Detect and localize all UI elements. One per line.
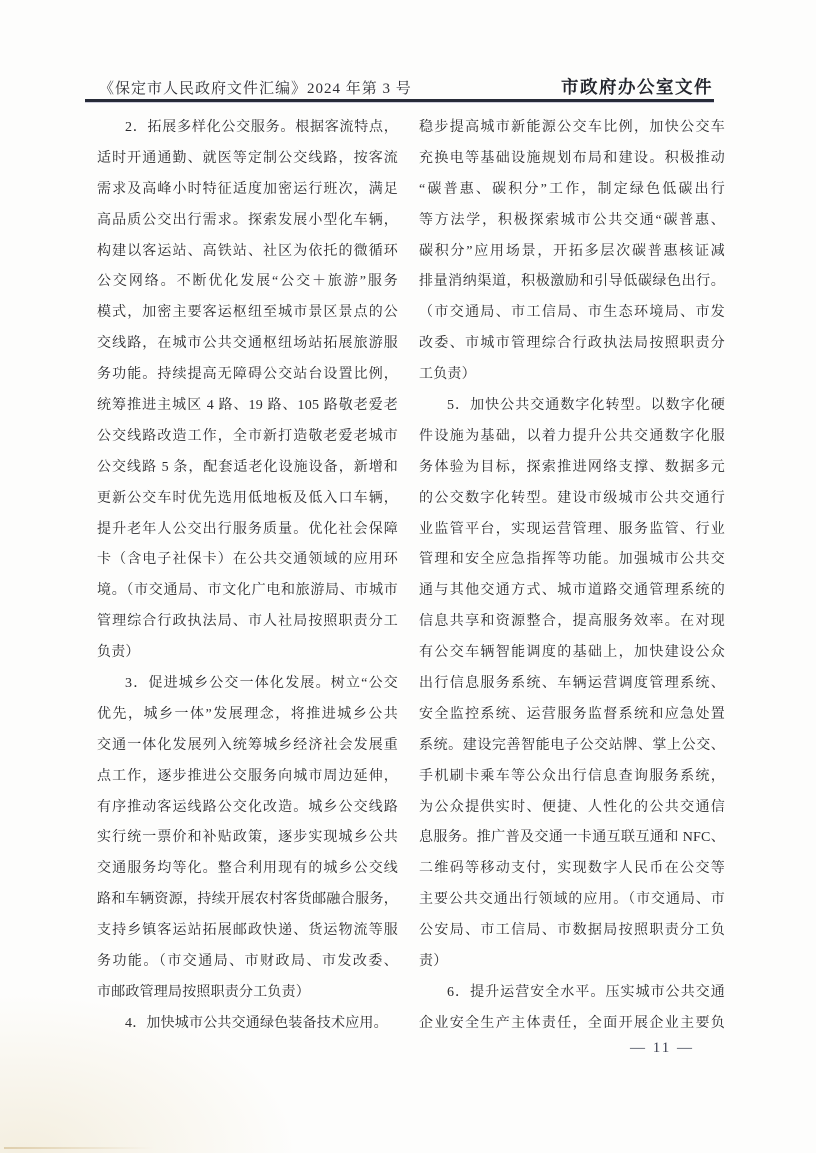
body-text-line: 充换电等基础设施规划布局和建设。积极推动 (419, 144, 725, 175)
document-page: 《保定市人民政府文件汇编》2024 年第 3 号 市政府办公室文件 2．拓展多样… (0, 0, 816, 1153)
body-text-line: 等方法学，积极探索城市公共交通“碳普惠、 (419, 206, 725, 237)
body-text-line: 优先，城乡一体”发展理念，将推进城乡公共 (97, 700, 398, 731)
body-text-line: “碳普惠、碳积分”工作，制定绿色低碳出行 (419, 175, 725, 206)
body-text-line: 业监管平台，实现运营管理、服务监管、行业 (419, 515, 725, 546)
body-text-line: 工负责） (419, 360, 725, 391)
body-text-line: 为公众提供实时、便捷、人性化的公共交通信 (419, 793, 725, 824)
body-text-line: 4．加快城市公共交通绿色装备技术应用。 (97, 1009, 398, 1040)
body-text-line: 通与其他交通方式、城市道路交通管理系统的 (419, 576, 725, 607)
body-text-line: 企业安全生产主体责任，全面开展企业主要负 (419, 1009, 725, 1040)
body-text-line: 公交线路 5 条，配套适老化设施设备，新增和 (97, 453, 398, 484)
body-text-line: 适时开通通勤、就医等定制公交线路，按客流 (97, 144, 398, 175)
body-text-line: 出行信息服务系统、车辆运营调度管理系统、 (419, 669, 725, 700)
body-text-line: 稳步提高城市新能源公交车比例，加快公交车 (419, 113, 725, 144)
left-text-column: 2．拓展多样化公交服务。根据客流特点，适时开通通勤、就医等定制公交线路，按客流需… (97, 113, 398, 1040)
body-text-line: 有公交车辆智能调度的基础上，加快建设公众 (419, 638, 725, 669)
body-text-line: 件设施为基础，以着力提升公共交通数字化服 (419, 422, 725, 453)
body-text-line: 交通一体化发展列入统筹城乡经济社会发展重 (97, 731, 398, 762)
body-text-line: 主要公共交通出行领域的应用。（市交通局、市 (419, 885, 725, 916)
body-text-line: 更新公交车时优先选用低地板及低入口车辆， (97, 484, 398, 515)
body-text-line: 构建以客运站、高铁站、社区为依托的微循环 (97, 237, 398, 268)
body-text-line: 二维码等移动支付，实现数字人民币在公交等 (419, 854, 725, 885)
header-office-document-label: 市政府办公室文件 (561, 74, 713, 99)
body-text-line: 实行统一票价和补贴政策，逐步实现城乡公共 (97, 823, 398, 854)
body-text-line: 卡（含电子社保卡）在公共交通领域的应用环 (97, 545, 398, 576)
body-text-line: 管理综合行政执法局、市人社局按照职责分工 (97, 607, 398, 638)
body-text-line: 务功能。（市交通局、市财政局、市发改委、 (97, 947, 398, 978)
body-text-line: 碳积分”应用场景，开拓多层次碳普惠核证减 (419, 237, 725, 268)
body-text-line: 路和车辆资源，持续开展农村客货邮融合服务， (97, 885, 398, 916)
body-text-line: 提升老年人公交出行服务质量。优化社会保障 (97, 515, 398, 546)
header-rule (85, 99, 714, 102)
right-text-column: 稳步提高城市新能源公交车比例，加快公交车充换电等基础设施规划布局和建设。积极推动… (419, 113, 725, 1040)
body-text-line: 支持乡镇客运站拓展邮政快递、货运物流等服 (97, 916, 398, 947)
body-text-line: 务体验为目标，探索推进网络支撑、数据多元 (419, 453, 725, 484)
body-text-line: 安全监控系统、运营服务监督系统和应急处置 (419, 700, 725, 731)
body-text-line: 点工作，逐步推进公交服务向城市周边延伸， (97, 762, 398, 793)
body-text-line: 5．加快公共交通数字化转型。以数字化硬 (419, 391, 725, 422)
body-text-line: 交通服务均等化。整合利用现有的城乡公交线 (97, 854, 398, 885)
body-text-line: 改委、市城市管理综合行政执法局按照职责分 (419, 329, 725, 360)
body-text-line: 市邮政管理局按照职责分工负责） (97, 978, 398, 1009)
body-text-line: 3．促进城乡公交一体化发展。树立“公交 (97, 669, 398, 700)
body-text-line: 手机刷卡乘车等公众出行信息查询服务系统， (419, 762, 725, 793)
body-text-line: 管理和安全应急指挥等功能。加强城市公共交 (419, 545, 725, 576)
body-text-line: 境。（市交通局、市文化广电和旅游局、市城市 (97, 576, 398, 607)
body-text-line: 的公交数字化转型。建设市级城市公共交通行 (419, 484, 725, 515)
body-text-line: 务功能。持续提高无障碍公交站台设置比例， (97, 360, 398, 391)
body-text-line: 系统。建设完善智能电子公交站牌、掌上公交、 (419, 731, 725, 762)
body-text-line: 公安局、市工信局、市数据局按照职责分工负 (419, 916, 725, 947)
body-text-line: 责） (419, 947, 725, 978)
body-text-line: 需求及高峰小时特征适度加密运行班次，满足 (97, 175, 398, 206)
body-text-line: 高品质公交出行需求。探索发展小型化车辆， (97, 206, 398, 237)
body-text-line: 排量消纳渠道，积极激励和引导低碳绿色出行。 (419, 267, 725, 298)
body-text-line: 息服务。推广普及交通一卡通互联互通和 NFC、 (419, 823, 725, 854)
header-compilation-title: 《保定市人民政府文件汇编》2024 年第 3 号 (99, 77, 412, 98)
body-text-line: 模式，加密主要客运枢纽至城市景区景点的公 (97, 298, 398, 329)
scan-edge-artifact (4, 1147, 154, 1149)
body-text-line: 公交线路改造工作，全市新打造敬老爱老城市 (97, 422, 398, 453)
body-text-line: 信息共享和资源整合，提高服务效率。在对现 (419, 607, 725, 638)
body-text-line: 有序推动客运线路公交化改造。城乡公交线路 (97, 793, 398, 824)
body-text-line: 统筹推进主城区 4 路、19 路、105 路敬老爱老 (97, 391, 398, 422)
body-text-line: 负责） (97, 638, 398, 669)
body-text-line: 2．拓展多样化公交服务。根据客流特点， (97, 113, 398, 144)
body-text-line: 交线路，在城市公共交通枢纽场站拓展旅游服 (97, 329, 398, 360)
page-number: — 11 — (630, 1040, 694, 1057)
body-text-line: （市交通局、市工信局、市生态环境局、市发 (419, 298, 725, 329)
body-text-line: 6．提升运营安全水平。压实城市公共交通 (419, 978, 725, 1009)
body-text-line: 公交网络。不断优化发展“公交＋旅游”服务 (97, 267, 398, 298)
